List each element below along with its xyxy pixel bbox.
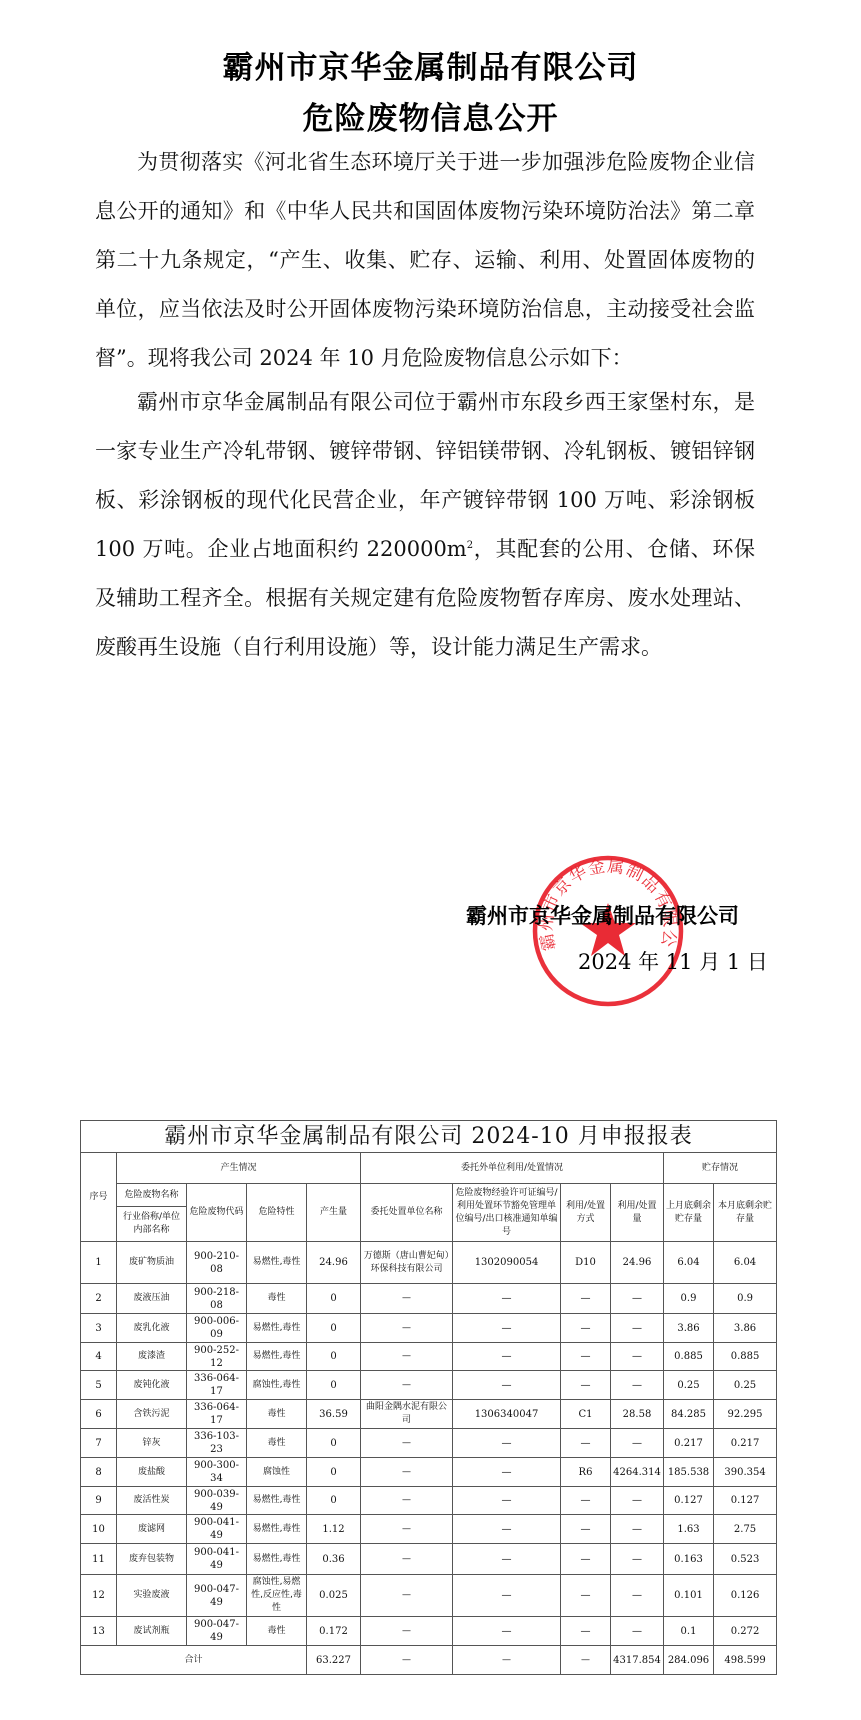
cell-disposal: — — [611, 1515, 664, 1544]
document-page: 霸州市京华金属制品有限公司 危险废物信息公开 为贯彻落实《河北省生态环境厅关于进… — [0, 0, 861, 1720]
cell-method: D10 — [561, 1242, 611, 1284]
table-row: 4 废漆渣 900-252-12 易燃性,毒性 0 — — — — 0.885 … — [81, 1343, 777, 1371]
cell-seq: 7 — [81, 1429, 117, 1458]
cell-disposal: — — [611, 1314, 664, 1343]
table-row: 7 锌灰 336-103-23 毒性 0 — — — — 0.217 0.217 — [81, 1429, 777, 1458]
cell-unit: 万德斯（唐山曹妃甸）环保科技有限公司 — [361, 1242, 453, 1284]
cell-name: 废漆渣 — [117, 1343, 187, 1371]
cell-seq: 13 — [81, 1617, 117, 1646]
cell-name: 废滤网 — [117, 1515, 187, 1544]
cell-name: 废试剂瓶 — [117, 1617, 187, 1646]
cell-license: — — [453, 1314, 561, 1343]
cell-current-stock: 0.523 — [714, 1544, 777, 1575]
cell-disposal: 24.96 — [611, 1242, 664, 1284]
total-last-stock: 284.096 — [664, 1646, 714, 1675]
cell-method: — — [561, 1284, 611, 1314]
cell-last-stock: 0.9 — [664, 1284, 714, 1314]
cell-seq: 8 — [81, 1458, 117, 1487]
total-license: — — [453, 1646, 561, 1675]
cell-hazard: 易燃性,毒性 — [247, 1515, 307, 1544]
cell-unit: — — [361, 1487, 453, 1515]
cell-code: 336-103-23 — [187, 1429, 247, 1458]
header-this-month-stock: 本月底剩余贮存量 — [714, 1184, 777, 1242]
table-title: 霸州市京华金属制品有限公司 2024-10 月申报报表 — [81, 1121, 777, 1153]
cell-code: 900-041-49 — [187, 1515, 247, 1544]
header-method: 利用/处置方式 — [561, 1184, 611, 1242]
cell-amount: 0 — [307, 1284, 361, 1314]
header-group-entrusted: 委托外单位利用/处置情况 — [361, 1153, 664, 1184]
cell-license: — — [453, 1617, 561, 1646]
header-disposal-unit: 委托处置单位名称 — [361, 1184, 453, 1242]
cell-amount: 36.59 — [307, 1400, 361, 1429]
cell-unit: — — [361, 1458, 453, 1487]
cell-code: 900-039-49 — [187, 1487, 247, 1515]
cell-disposal: — — [611, 1429, 664, 1458]
signature-date: 2024 年 11 月 1 日 — [578, 946, 768, 976]
cell-disposal: — — [611, 1371, 664, 1400]
cell-current-stock: 390.354 — [714, 1458, 777, 1487]
cell-hazard: 腐蚀性,易燃性,反应性,毒性 — [247, 1575, 307, 1617]
cell-name: 含铁污泥 — [117, 1400, 187, 1429]
cell-license: — — [453, 1487, 561, 1515]
cell-license: — — [453, 1371, 561, 1400]
header-amount: 产生量 — [307, 1184, 361, 1242]
cell-seq: 2 — [81, 1284, 117, 1314]
header-license: 危险废物经验许可证编号/利用处置环节豁免管理单位编号/出口核准通知单编号 — [453, 1184, 561, 1242]
cell-code: 900-006-09 — [187, 1314, 247, 1343]
cell-license: 1306340047 — [453, 1400, 561, 1429]
cell-license: 1302090054 — [453, 1242, 561, 1284]
cell-code: 900-047-49 — [187, 1575, 247, 1617]
table-row: 1 废矿物质油 900-210-08 易燃性,毒性 24.96 万德斯（唐山曹妃… — [81, 1242, 777, 1284]
cell-hazard: 毒性 — [247, 1400, 307, 1429]
cell-method: — — [561, 1371, 611, 1400]
cell-name: 废矿物质油 — [117, 1242, 187, 1284]
cell-hazard: 毒性 — [247, 1429, 307, 1458]
cell-disposal: 4264.314 — [611, 1458, 664, 1487]
cell-seq: 4 — [81, 1343, 117, 1371]
cell-seq: 9 — [81, 1487, 117, 1515]
description-text-part1: 霸州市京华金属制品有限公司位于霸州市东段乡西王家堡村东，是一家专业生产冷轧带钢、… — [95, 390, 755, 561]
total-current-stock: 498.599 — [714, 1646, 777, 1675]
cell-current-stock: 0.9 — [714, 1284, 777, 1314]
cell-unit: — — [361, 1284, 453, 1314]
cell-current-stock: 0.885 — [714, 1343, 777, 1371]
table-row: 2 废液压油 900-218-08 毒性 0 — — — — 0.9 0.9 — [81, 1284, 777, 1314]
cell-code: 900-252-12 — [187, 1343, 247, 1371]
cell-current-stock: 6.04 — [714, 1242, 777, 1284]
table-row: 6 含铁污泥 336-064-17 毒性 36.59 曲阳金隅水泥有限公司 13… — [81, 1400, 777, 1429]
cell-amount: 0 — [307, 1343, 361, 1371]
cell-amount: 0 — [307, 1458, 361, 1487]
cell-code: 900-300-34 — [187, 1458, 247, 1487]
header-hazard: 危险特性 — [247, 1184, 307, 1242]
header-common-name: 行业俗称/单位内部名称 — [117, 1207, 187, 1242]
cell-method: — — [561, 1314, 611, 1343]
table-total-row: 合计 63.227 — — — 4317.854 284.096 498.599 — [81, 1646, 777, 1675]
table-row: 3 废乳化液 900-006-09 易燃性,毒性 0 — — — — 3.86 … — [81, 1314, 777, 1343]
cell-amount: 0 — [307, 1487, 361, 1515]
cell-unit: — — [361, 1544, 453, 1575]
cell-name: 废乳化液 — [117, 1314, 187, 1343]
total-method: — — [561, 1646, 611, 1675]
cell-disposal: — — [611, 1575, 664, 1617]
company-description-paragraph: 霸州市京华金属制品有限公司位于霸州市东段乡西王家堡村东，是一家专业生产冷轧带钢、… — [95, 378, 755, 672]
cell-amount: 0 — [307, 1429, 361, 1458]
cell-name: 废液压油 — [117, 1284, 187, 1314]
cell-name: 废弃包装物 — [117, 1544, 187, 1575]
cell-seq: 6 — [81, 1400, 117, 1429]
cell-current-stock: 0.25 — [714, 1371, 777, 1400]
table-row: 11 废弃包装物 900-041-49 易燃性,毒性 0.36 — — — — … — [81, 1544, 777, 1575]
cell-hazard: 易燃性,毒性 — [247, 1487, 307, 1515]
cell-method: — — [561, 1617, 611, 1646]
cell-unit: — — [361, 1575, 453, 1617]
cell-amount: 1.12 — [307, 1515, 361, 1544]
cell-license: — — [453, 1515, 561, 1544]
cell-seq: 1 — [81, 1242, 117, 1284]
company-title: 霸州市京华金属制品有限公司 — [0, 42, 861, 87]
table-row: 13 废试剂瓶 900-047-49 毒性 0.172 — — — — 0.1 … — [81, 1617, 777, 1646]
table-row: 12 实验废液 900-047-49 腐蚀性,易燃性,反应性,毒性 0.025 … — [81, 1575, 777, 1617]
cell-license: — — [453, 1575, 561, 1617]
cell-code: 900-047-49 — [187, 1617, 247, 1646]
cell-name: 废活性炭 — [117, 1487, 187, 1515]
cell-hazard: 腐蚀性,毒性 — [247, 1371, 307, 1400]
cell-name: 废盐酸 — [117, 1458, 187, 1487]
cell-method: — — [561, 1575, 611, 1617]
header-group-production: 产生情况 — [117, 1153, 361, 1184]
cell-amount: 0 — [307, 1314, 361, 1343]
cell-name: 锌灰 — [117, 1429, 187, 1458]
table-row: 5 废钝化液 336-064-17 腐蚀性,毒性 0 — — — — 0.25 … — [81, 1371, 777, 1400]
cell-license: — — [453, 1284, 561, 1314]
total-unit: — — [361, 1646, 453, 1675]
cell-amount: 24.96 — [307, 1242, 361, 1284]
cell-amount: 0.172 — [307, 1617, 361, 1646]
cell-current-stock: 3.86 — [714, 1314, 777, 1343]
header-last-month-stock: 上月底剩余贮存量 — [664, 1184, 714, 1242]
cell-unit: — — [361, 1515, 453, 1544]
cell-disposal: — — [611, 1544, 664, 1575]
cell-current-stock: 0.127 — [714, 1487, 777, 1515]
cell-hazard: 易燃性,毒性 — [247, 1343, 307, 1371]
cell-amount: 0 — [307, 1371, 361, 1400]
cell-license: — — [453, 1343, 561, 1371]
header-group-storage: 贮存情况 — [664, 1153, 777, 1184]
total-amount: 63.227 — [307, 1646, 361, 1675]
cell-disposal: — — [611, 1617, 664, 1646]
cell-last-stock: 0.163 — [664, 1544, 714, 1575]
cell-last-stock: 0.127 — [664, 1487, 714, 1515]
cell-unit: — — [361, 1314, 453, 1343]
cell-last-stock: 3.86 — [664, 1314, 714, 1343]
cell-name: 实验废液 — [117, 1575, 187, 1617]
table-row: 9 废活性炭 900-039-49 易燃性,毒性 0 — — — — 0.127… — [81, 1487, 777, 1515]
document-title: 危险废物信息公开 — [0, 93, 861, 138]
cell-last-stock: 0.1 — [664, 1617, 714, 1646]
cell-unit: 曲阳金隅水泥有限公司 — [361, 1400, 453, 1429]
cell-method: — — [561, 1487, 611, 1515]
cell-license: — — [453, 1544, 561, 1575]
cell-last-stock: 0.101 — [664, 1575, 714, 1617]
cell-hazard: 易燃性,毒性 — [247, 1242, 307, 1284]
cell-disposal: — — [611, 1343, 664, 1371]
cell-amount: 0.025 — [307, 1575, 361, 1617]
cell-current-stock: 0.126 — [714, 1575, 777, 1617]
intro-paragraph: 为贯彻落实《河北省生态环境厅关于进一步加强涉危险废物企业信息公开的通知》和《中华… — [95, 138, 755, 383]
cell-seq: 10 — [81, 1515, 117, 1544]
cell-hazard: 易燃性,毒性 — [247, 1314, 307, 1343]
cell-last-stock: 185.538 — [664, 1458, 714, 1487]
cell-code: 900-218-08 — [187, 1284, 247, 1314]
cell-seq: 12 — [81, 1575, 117, 1617]
cell-hazard: 毒性 — [247, 1284, 307, 1314]
cell-last-stock: 1.63 — [664, 1515, 714, 1544]
cell-seq: 11 — [81, 1544, 117, 1575]
cell-unit: — — [361, 1371, 453, 1400]
cell-hazard: 易燃性,毒性 — [247, 1544, 307, 1575]
cell-method: — — [561, 1343, 611, 1371]
total-label: 合计 — [81, 1646, 307, 1675]
cell-unit: — — [361, 1429, 453, 1458]
cell-code: 336-064-17 — [187, 1400, 247, 1429]
cell-method: — — [561, 1515, 611, 1544]
cell-last-stock: 0.885 — [664, 1343, 714, 1371]
header-seq: 序号 — [81, 1153, 117, 1242]
cell-hazard: 腐蚀性 — [247, 1458, 307, 1487]
cell-current-stock: 92.295 — [714, 1400, 777, 1429]
cell-license: — — [453, 1429, 561, 1458]
cell-method: — — [561, 1544, 611, 1575]
cell-amount: 0.36 — [307, 1544, 361, 1575]
cell-hazard: 毒性 — [247, 1617, 307, 1646]
cell-code: 900-041-49 — [187, 1544, 247, 1575]
cell-seq: 3 — [81, 1314, 117, 1343]
cell-current-stock: 2.75 — [714, 1515, 777, 1544]
cell-last-stock: 0.217 — [664, 1429, 714, 1458]
cell-code: 336-064-17 — [187, 1371, 247, 1400]
cell-last-stock: 0.25 — [664, 1371, 714, 1400]
cell-license: — — [453, 1458, 561, 1487]
waste-report-table: 霸州市京华金属制品有限公司 2024-10 月申报报表 序号 产生情况 委托外单… — [80, 1120, 777, 1675]
cell-disposal: 28.58 — [611, 1400, 664, 1429]
total-disposal: 4317.854 — [611, 1646, 664, 1675]
cell-current-stock: 0.217 — [714, 1429, 777, 1458]
header-waste-code: 危险废物代码 — [187, 1184, 247, 1242]
signature-company: 霸州市京华金属制品有限公司 — [466, 900, 739, 930]
header-disposal-amount: 利用/处置量 — [611, 1184, 664, 1242]
cell-name: 废钝化液 — [117, 1371, 187, 1400]
cell-seq: 5 — [81, 1371, 117, 1400]
cell-code: 900-210-08 — [187, 1242, 247, 1284]
cell-last-stock: 84.285 — [664, 1400, 714, 1429]
cell-disposal: — — [611, 1487, 664, 1515]
cell-disposal: — — [611, 1284, 664, 1314]
cell-method: R6 — [561, 1458, 611, 1487]
cell-method: C1 — [561, 1400, 611, 1429]
header-waste-name: 危险废物名称 — [117, 1184, 187, 1207]
cell-method: — — [561, 1429, 611, 1458]
cell-unit: — — [361, 1343, 453, 1371]
cell-unit: — — [361, 1617, 453, 1646]
official-seal-icon: 霸州市京华金属制品有限公司 — [530, 853, 686, 1009]
cell-last-stock: 6.04 — [664, 1242, 714, 1284]
table-row: 8 废盐酸 900-300-34 腐蚀性 0 — — R6 4264.314 1… — [81, 1458, 777, 1487]
table-row: 10 废滤网 900-041-49 易燃性,毒性 1.12 — — — — 1.… — [81, 1515, 777, 1544]
cell-current-stock: 0.272 — [714, 1617, 777, 1646]
